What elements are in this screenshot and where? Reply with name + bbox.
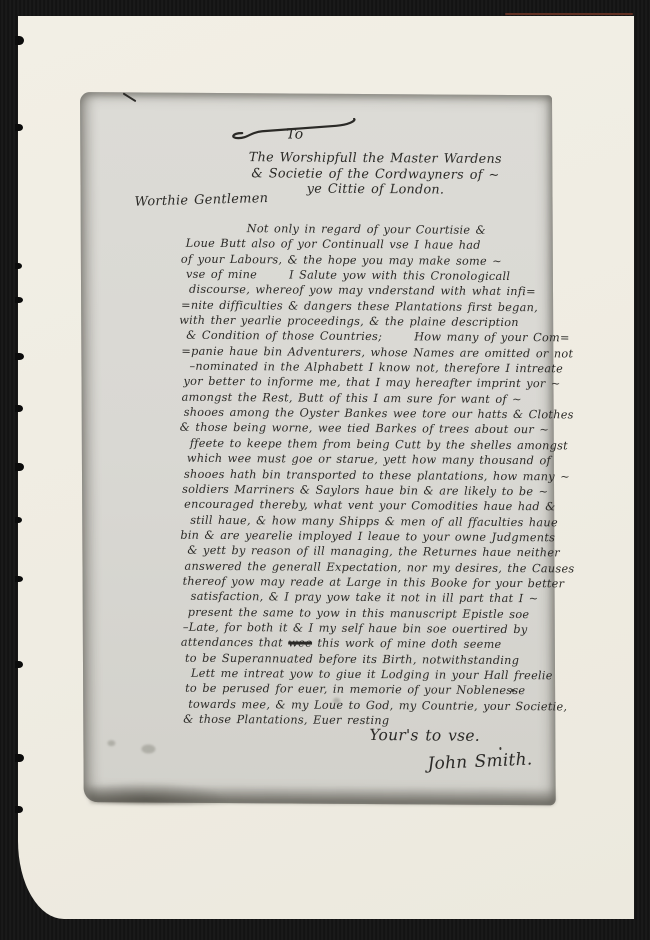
struck-line-pre: attendances that [181, 636, 288, 650]
struck-word: wee [288, 637, 312, 650]
stitch-mark [15, 661, 23, 668]
photo-corner-shadow [90, 780, 230, 805]
pen-slash-mark [123, 92, 137, 102]
struck-line-post: this work of mine doth seeme [312, 637, 501, 651]
salutation: Worthie Gentlemen [134, 191, 268, 210]
stitch-mark [15, 806, 23, 813]
manuscript-photo: To The Worshipfull the Master Wardens & … [80, 92, 556, 805]
ink-smudge [333, 698, 340, 704]
signature: John Smith. [427, 749, 533, 774]
closing-line: Your's to vse. [369, 726, 480, 745]
ink-smudge [141, 744, 155, 753]
stitch-mark [15, 754, 24, 762]
heading-to: To [286, 126, 303, 142]
ink-spot [511, 689, 514, 692]
letter-body: Not only in regard of your Courtisie & L… [183, 221, 558, 730]
stitch-mark [15, 353, 24, 360]
ink-smudge [107, 740, 115, 746]
stitch-mark [15, 517, 22, 523]
stitch-mark [15, 405, 23, 412]
cloth-background: { "colors": { "background_cloth": "#1414… [0, 0, 650, 940]
stitch-mark [15, 576, 23, 582]
ink-spot [499, 747, 501, 750]
stitch-mark [15, 263, 22, 269]
mount-card: To The Worshipfull the Master Wardens & … [18, 16, 634, 919]
card-edge-highlight [505, 13, 633, 15]
stitch-mark [15, 297, 23, 303]
stitch-mark [15, 124, 23, 131]
stitch-mark [15, 463, 24, 471]
stitch-mark [15, 36, 24, 45]
